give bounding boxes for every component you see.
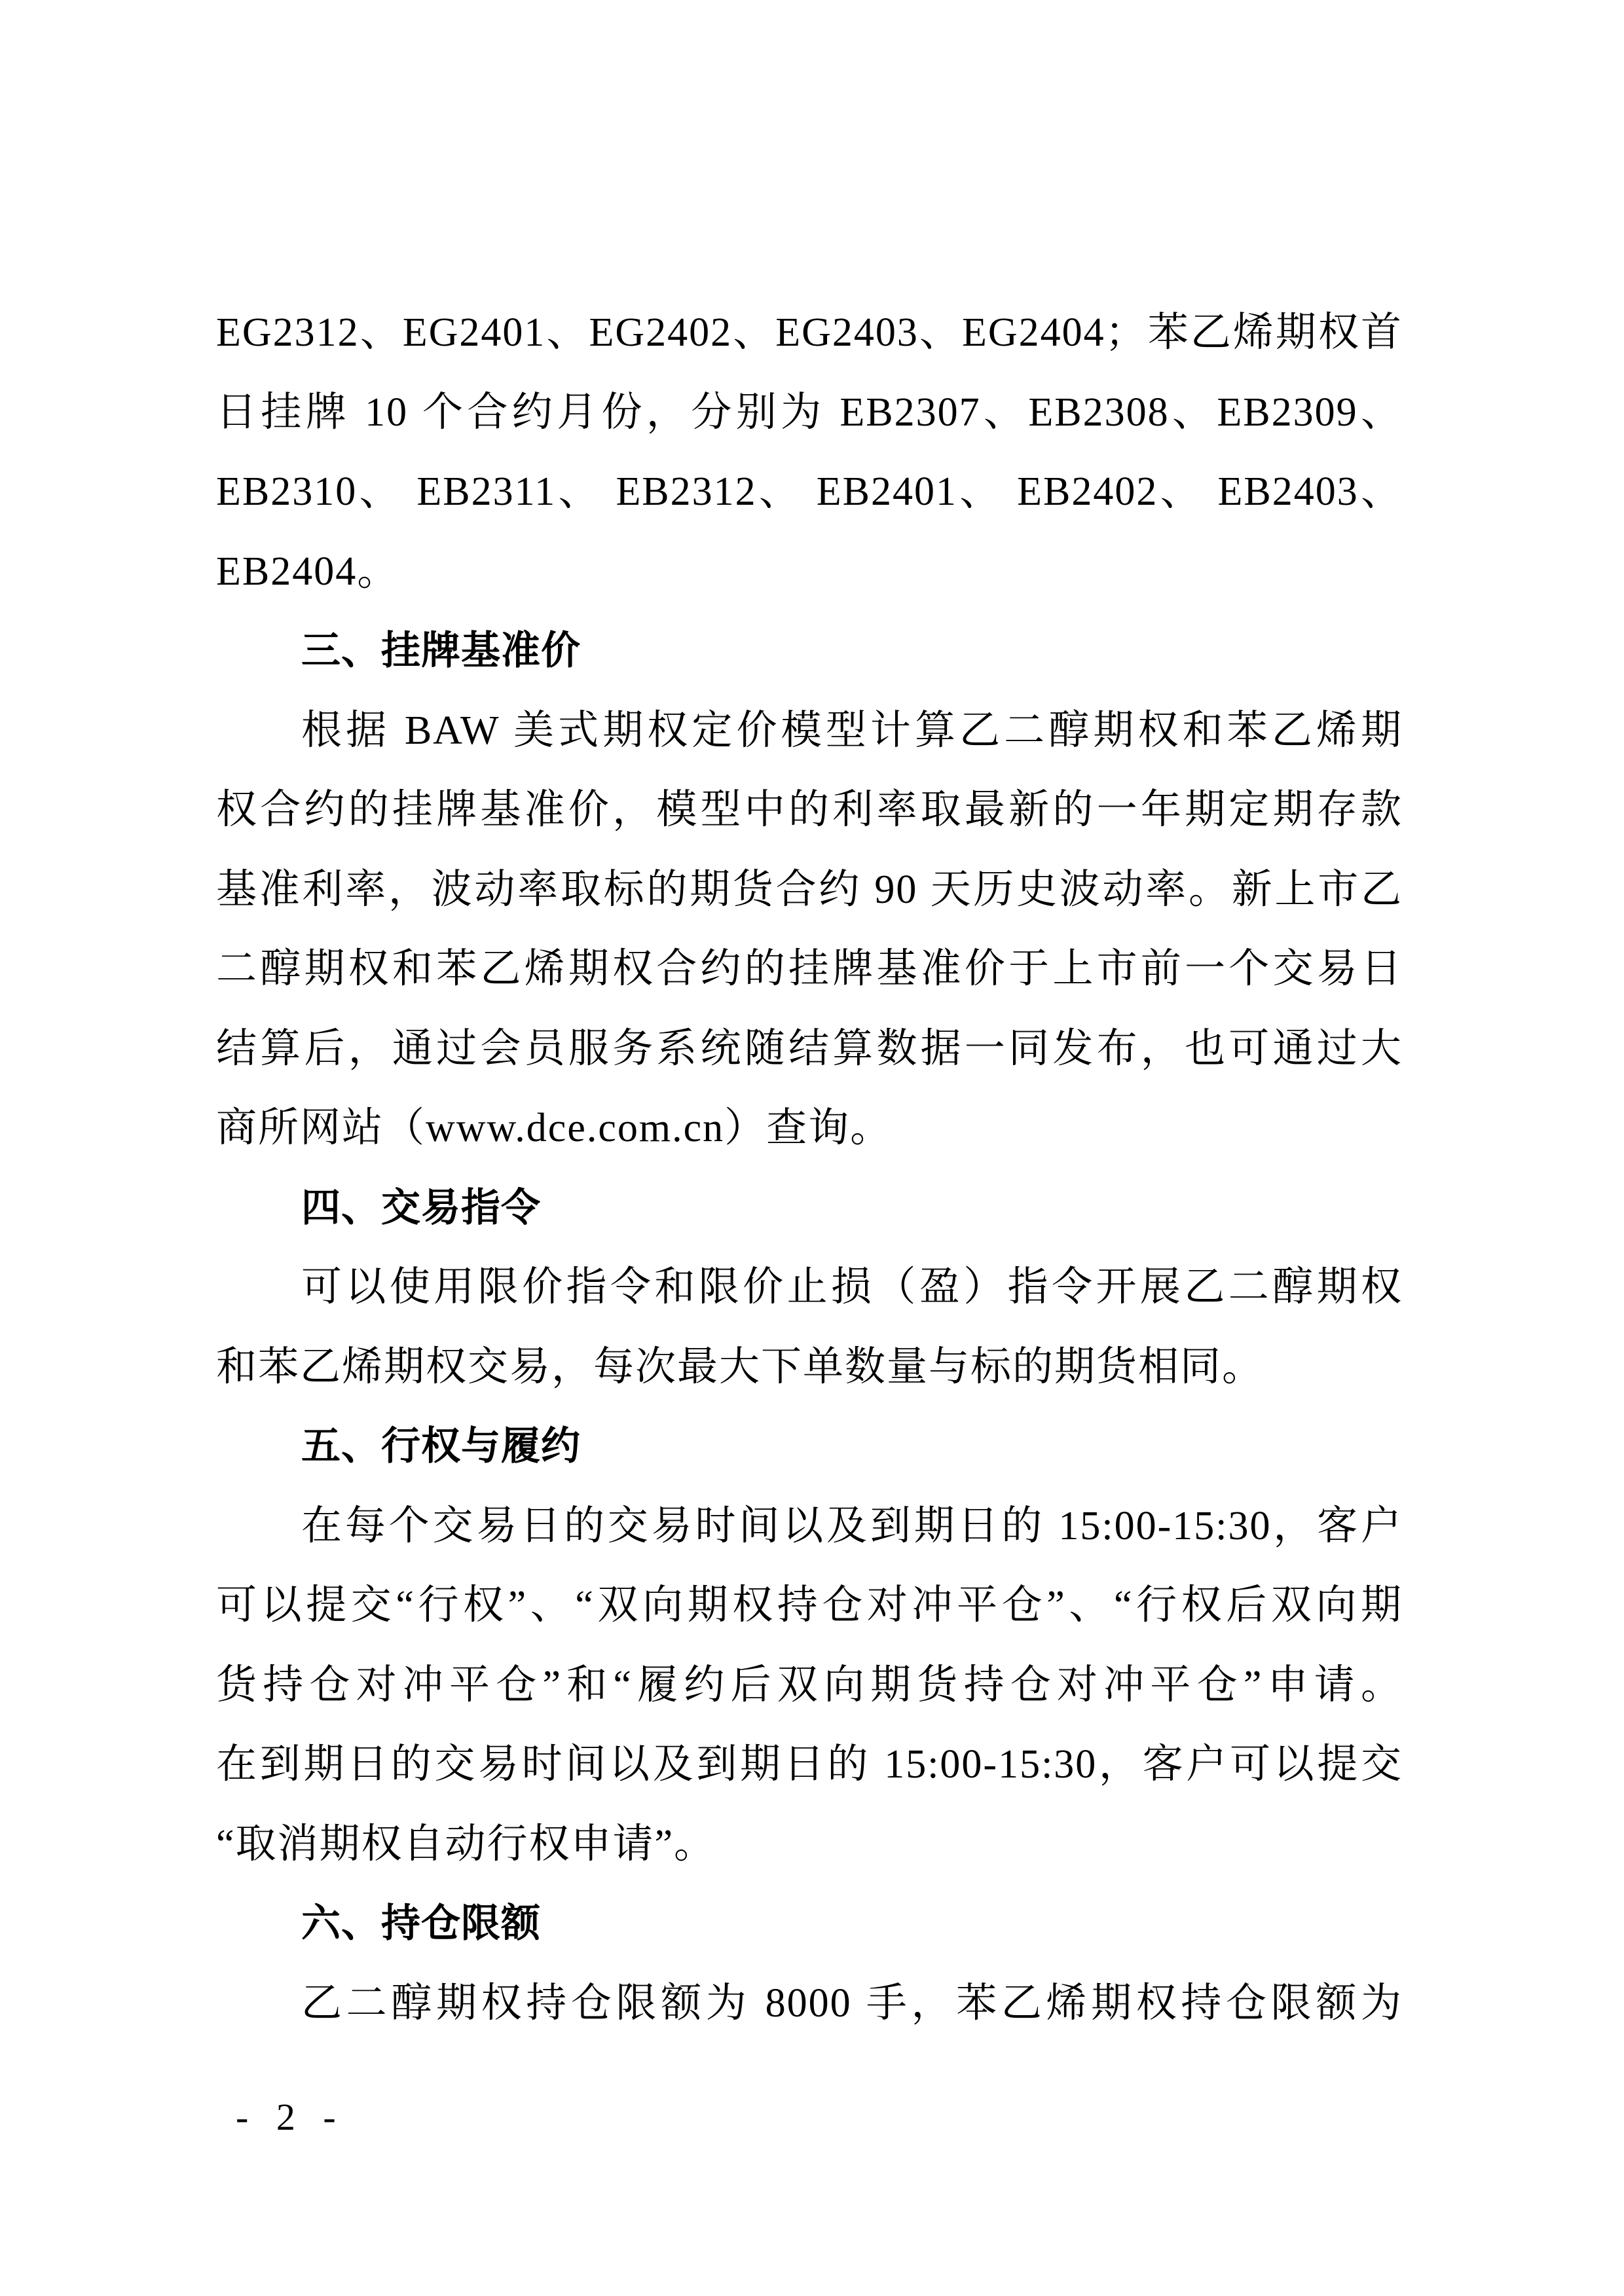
paragraph-line: EB2310、 EB2311、 EB2312、 EB2401、 EB2402、 … [216, 452, 1403, 532]
section-listing-benchmark-price: 三、挂牌基准价 根据 BAW 美式期权定价模型计算乙二醇期权和苯乙烯期 权合约的… [216, 611, 1403, 1169]
paragraph-line: 结算后，通过会员服务系统随结算数据一同发布，也可通过大 [216, 1010, 1403, 1089]
paragraph-line: 可以提交“行权”、“双向期权持仓对冲平仓”、“行权后双向期 [216, 1566, 1403, 1646]
paragraph-line: 可以使用限价指令和限价止损（盈）指令开展乙二醇期权 [216, 1248, 1403, 1328]
paragraph-line: 和苯乙烯期权交易，每次最大下单数量与标的期货相同。 [216, 1328, 1403, 1408]
section-heading: 六、持仓限额 [216, 1884, 1403, 1964]
paragraph-line: 权合约的挂牌基准价，模型中的利率取最新的一年期定期存款 [216, 771, 1403, 850]
section-heading: 五、行权与履约 [216, 1407, 1403, 1487]
paragraph-line: 乙二醇期权持仓限额为 8000 手，苯乙烯期权持仓限额为 [216, 1964, 1403, 2044]
section-position-limits: 六、持仓限额 乙二醇期权持仓限额为 8000 手，苯乙烯期权持仓限额为 [216, 1884, 1403, 2043]
paragraph-line: EG2312、EG2401、EG2402、EG2403、EG2404；苯乙烯期权… [216, 293, 1403, 373]
paragraph-line: EB2404。 [216, 532, 1403, 612]
section-exercise-and-performance: 五、行权与履约 在每个交易日的交易时间以及到期日的 15:00-15:30，客户… [216, 1407, 1403, 1884]
paragraph-line: “取消期权自动行权申请”。 [216, 1805, 1403, 1885]
paragraph-line: 基准利率，波动率取标的期货合约 90 天历史波动率。新上市乙 [216, 850, 1403, 930]
page-number: - 2 - [236, 2095, 345, 2139]
paragraph-line: 日挂牌 10 个合约月份，分别为 EB2307、EB2308、EB2309、 [216, 373, 1403, 453]
paragraph-line: 商所网站（www.dce.com.cn）查询。 [216, 1089, 1403, 1169]
paragraph-line: 在到期日的交易时间以及到期日的 15:00-15:30，客户可以提交 [216, 1725, 1403, 1805]
section-heading: 三、挂牌基准价 [216, 611, 1403, 691]
section-heading: 四、交易指令 [216, 1169, 1403, 1248]
paragraph-line: 根据 BAW 美式期权定价模型计算乙二醇期权和苯乙烯期 [216, 691, 1403, 771]
document-page: EG2312、EG2401、EG2402、EG2403、EG2404；苯乙烯期权… [216, 293, 1403, 2043]
paragraph-line: 二醇期权和苯乙烯期权合约的挂牌基准价于上市前一个交易日 [216, 930, 1403, 1010]
section-trading-orders: 四、交易指令 可以使用限价指令和限价止损（盈）指令开展乙二醇期权 和苯乙烯期权交… [216, 1169, 1403, 1408]
paragraph-line: 货持仓对冲平仓”和“履约后双向期货持仓对冲平仓”申请。 [216, 1646, 1403, 1726]
paragraph-line: 在每个交易日的交易时间以及到期日的 15:00-15:30，客户 [216, 1487, 1403, 1567]
continuation-paragraph: EG2312、EG2401、EG2402、EG2403、EG2404；苯乙烯期权… [216, 293, 1403, 611]
